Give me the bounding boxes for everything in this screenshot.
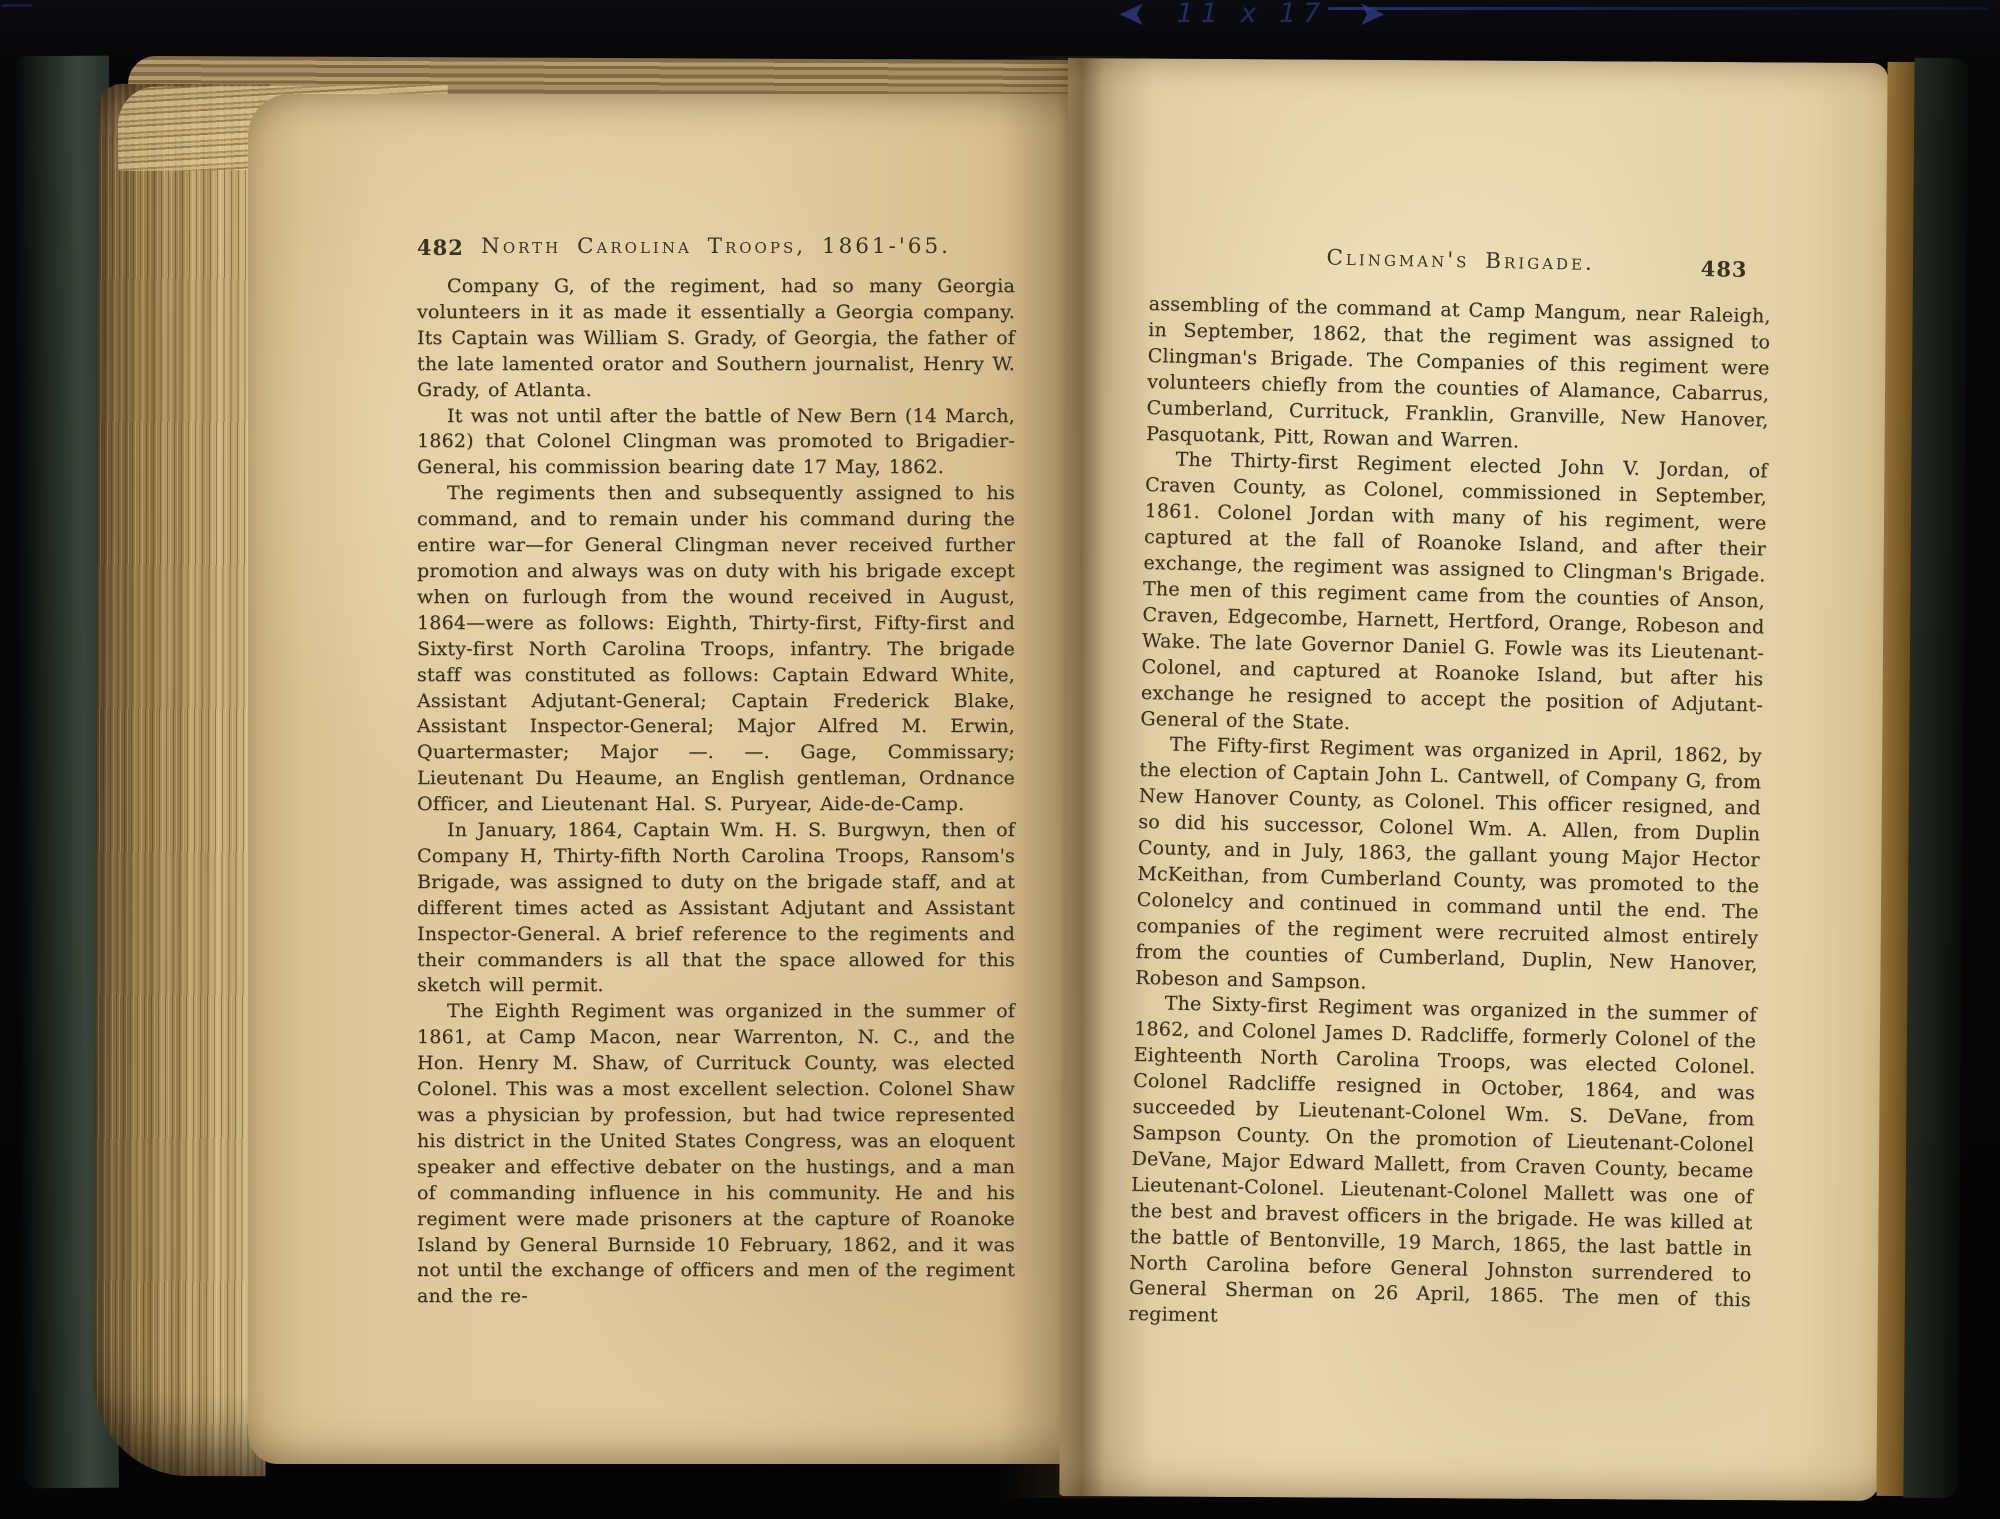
paragraph: The Fifty-first Regiment was organized i…	[1135, 732, 1762, 1003]
left-page-body: Company G, of the regiment, had so many …	[417, 274, 1015, 1310]
paragraph: assembling of the command at Camp Mangum…	[1146, 292, 1771, 460]
paragraph: It was not until after the battle of New…	[417, 404, 1015, 482]
right-page-body: assembling of the command at Camp Mangum…	[1128, 292, 1771, 1341]
book-cover-right-edge	[1903, 58, 1968, 1498]
ruler-annotation: ➤ 11 x 17 ➤	[1118, 0, 1386, 29]
paragraph: The Eighth Regiment was organized in the…	[417, 999, 1015, 1310]
copyboard-corner-mark	[2, 4, 32, 7]
ruler-annotation-text: 11 x 17	[1177, 0, 1328, 29]
left-arrow-icon: ➤	[1118, 0, 1147, 29]
paragraph: The Thirty-first Regiment elected John V…	[1140, 447, 1768, 744]
page-number: 483	[1700, 256, 1747, 282]
right-page-content: Clingman's Brigade. 483 assembling of th…	[1128, 242, 1772, 1341]
scanned-book-photo: ➤ 11 x 17 ➤ 482 North Carolina Troops, 1…	[0, 0, 2000, 1519]
paragraph: Company G, of the regiment, had so many …	[417, 274, 1015, 404]
paragraph: The regiments then and subsequently assi…	[417, 481, 1015, 818]
left-page-header: 482 North Carolina Troops, 1861-'65.	[417, 234, 1015, 264]
right-arrow-icon: ➤	[1357, 0, 1386, 29]
page-number: 482	[417, 235, 464, 260]
paragraph: The Sixty-first Regiment was organized i…	[1128, 991, 1757, 1340]
left-page-edge-stack	[94, 84, 271, 1477]
running-header: North Carolina Troops, 1861-'65.	[417, 234, 1015, 259]
left-page-content: 482 North Carolina Troops, 1861-'65. Com…	[417, 234, 1015, 1310]
ruler-line	[1328, 7, 1988, 10]
paragraph: In January, 1864, Captain Wm. H. S. Burg…	[417, 818, 1015, 999]
